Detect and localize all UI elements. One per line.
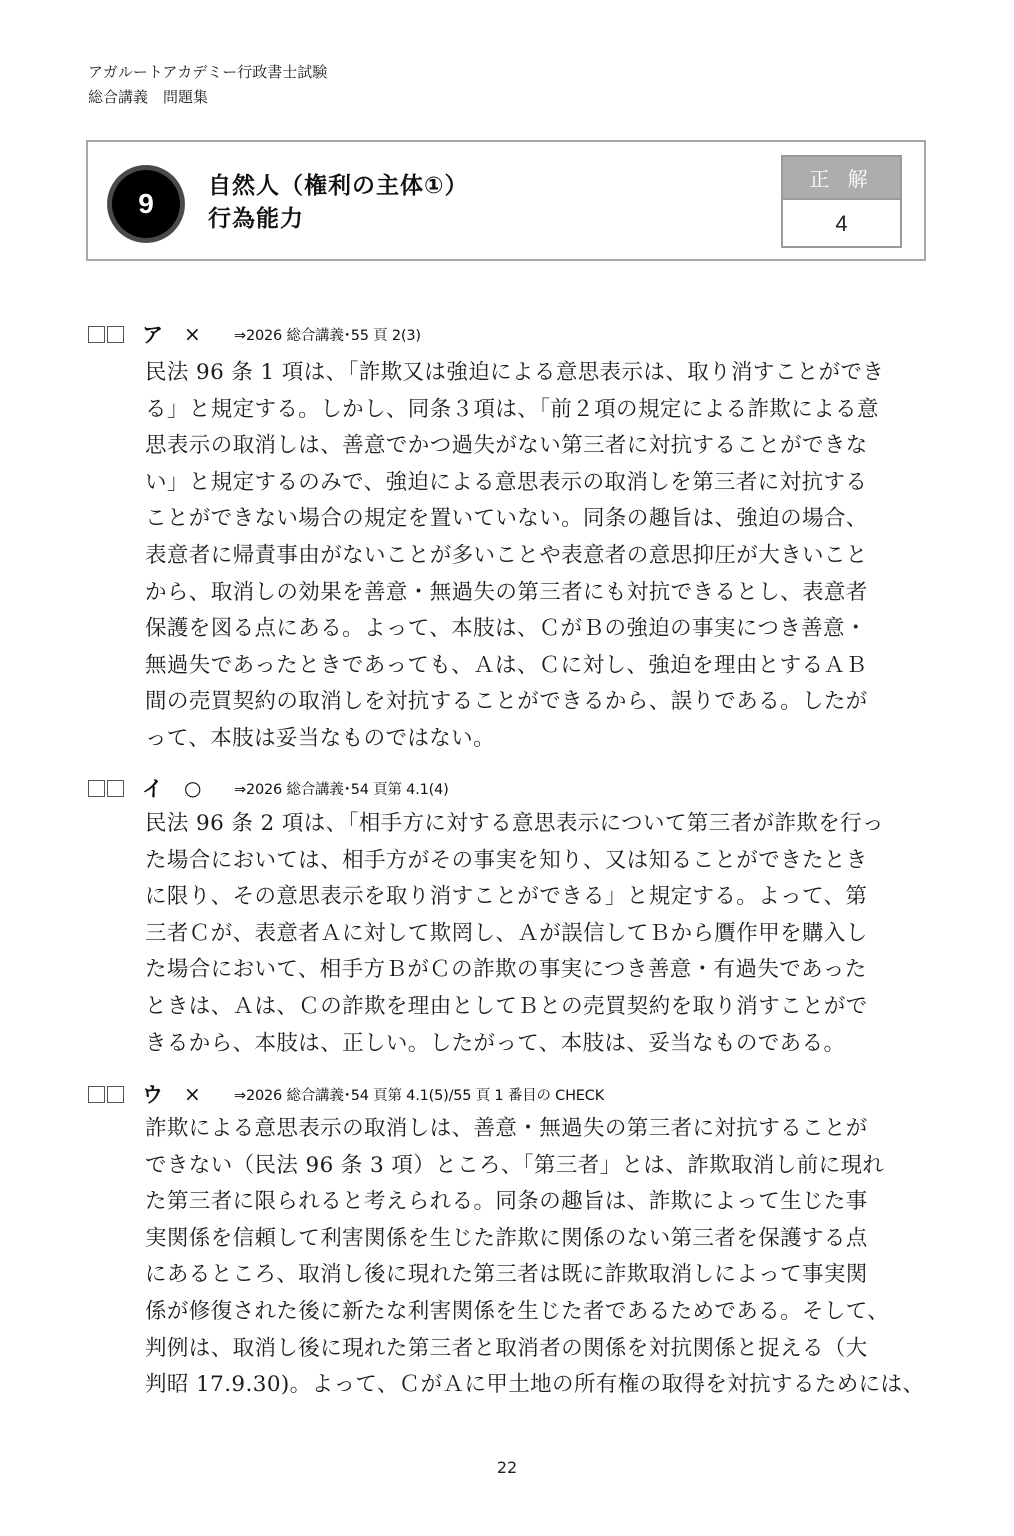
checkbox[interactable] [107, 1086, 124, 1103]
text-line: る」と規定する。しかし、同条３項は、「前２項の規定による詐欺による意 [145, 392, 935, 429]
answer-box: 正 解 4 [781, 155, 902, 248]
book-header: アガルートアカデミー行政書士試験 総合講義 問題集 [88, 60, 327, 110]
text-line: た場合において、相手方ＢがＣの詐欺の事実につき善意・有過失であった [145, 952, 935, 989]
text-line: ときは、Ａは、Ｃの詐欺を理由としてＢとの売買契約を取り消すことがで [145, 989, 935, 1026]
checkbox[interactable] [107, 780, 124, 797]
page-number: 22 [0, 1458, 1014, 1477]
answer-label: 正 解 [783, 157, 900, 200]
text-line: 民法 96 条 1 項は、「詐欺又は強迫による意思表示は、取り消すことができ [145, 355, 935, 392]
text-line: きるから、本肢は、正しい。したがって、本肢は、妥当なものである。 [145, 1026, 935, 1063]
item-reference: ⇒2026 総合講義･55 頁 2(3) [234, 324, 421, 345]
cross-mark-icon: × [184, 322, 224, 346]
item-explanation-i: 民法 96 条 2 項は、「相手方に対する意思表示について第三者が詐欺を行っ た… [145, 806, 935, 1062]
text-line: 思表示の取消しは、善意でかつ過失がない第三者に対抗することができな [145, 428, 935, 465]
item-label: ウ [142, 1079, 178, 1109]
checkbox[interactable] [88, 1086, 105, 1103]
question-title-box: 9 自然人（権利の主体①） 行為能力 正 解 4 [86, 140, 926, 261]
item-label: ア [142, 319, 178, 349]
item-header-i: イ ○ ⇒2026 総合講義･54 頁第 4.1(4) [88, 774, 449, 802]
text-line: 三者Ｃが、表意者Ａに対して欺罔し、Ａが誤信してＢから贋作甲を購入し [145, 916, 935, 953]
text-line: 実関係を信頼して利害関係を生じた詐欺に関係のない第三者を保護する点 [145, 1221, 935, 1258]
checkbox[interactable] [88, 326, 105, 343]
item-reference: ⇒2026 総合講義･54 頁第 4.1(5)/55 頁 1 番目の CHECK [234, 1084, 604, 1105]
text-line: 民法 96 条 2 項は、「相手方に対する意思表示について第三者が詐欺を行っ [145, 806, 935, 843]
text-line: 判例は、取消し後に現れた第三者と取消者の関係を対抗関係と捉える（大 [145, 1331, 935, 1368]
item-reference: ⇒2026 総合講義･54 頁第 4.1(4) [234, 778, 449, 799]
text-line: 間の売買契約の取消しを対抗することができるから、誤りである。したが [145, 684, 935, 721]
question-number: 9 [138, 188, 154, 220]
cross-mark-icon: × [184, 1082, 224, 1106]
circle-mark-icon: ○ [184, 776, 224, 800]
text-line: 表意者に帰責事由がないことが多いことや表意者の意思抑圧が大きいこと [145, 538, 935, 575]
checkbox[interactable] [88, 780, 105, 797]
book-title: アガルートアカデミー行政書士試験 [88, 60, 327, 85]
text-line: に限り、その意思表示を取り消すことができる」と規定する。よって、第 [145, 879, 935, 916]
checkbox[interactable] [107, 326, 124, 343]
item-explanation-a: 民法 96 条 1 項は、「詐欺又は強迫による意思表示は、取り消すことができ る… [145, 355, 935, 758]
question-number-badge: 9 [108, 166, 184, 242]
question-title-line2: 行為能力 [208, 203, 468, 236]
item-label: イ [142, 773, 178, 803]
book-subtitle: 総合講義 問題集 [88, 85, 327, 110]
text-line: にあるところ、取消し後に現れた第三者は既に詐欺取消しによって事実関 [145, 1257, 935, 1294]
text-line: た第三者に限られると考えられる。同条の趣旨は、詐欺によって生じた事 [145, 1184, 935, 1221]
text-line: い」と規定するのみで、強迫による意思表示の取消しを第三者に対抗する [145, 465, 935, 502]
text-line: って、本肢は妥当なものではない。 [145, 721, 935, 758]
text-line: できない（民法 96 条 3 項）ところ、「第三者」とは、詐欺取消し前に現れ [145, 1148, 935, 1185]
text-line: 詐欺による意思表示の取消しは、善意・無過失の第三者に対抗することが [145, 1111, 935, 1148]
text-line: 係が修復された後に新たな利害関係を生じた者であるためである。そして、 [145, 1294, 935, 1331]
answer-value: 4 [783, 200, 900, 248]
text-line: た場合においては、相手方がその事実を知り、又は知ることができたとき [145, 843, 935, 880]
text-line: 保護を図る点にある。よって、本肢は、ＣがＢの強迫の事実につき善意・ [145, 611, 935, 648]
item-explanation-u: 詐欺による意思表示の取消しは、善意・無過失の第三者に対抗することが できない（民… [145, 1111, 935, 1404]
text-line: 判昭 17.9.30)。よって、ＣがＡに甲土地の所有権の取得を対抗するためには、 [145, 1367, 935, 1404]
item-header-a: ア × ⇒2026 総合講義･55 頁 2(3) [88, 320, 421, 348]
question-title: 自然人（権利の主体①） 行為能力 [208, 170, 468, 236]
item-header-u: ウ × ⇒2026 総合講義･54 頁第 4.1(5)/55 頁 1 番目の C… [88, 1080, 604, 1108]
text-line: ことができない場合の規定を置いていない。同条の趣旨は、強迫の場合、 [145, 501, 935, 538]
text-line: から、取消しの効果を善意・無過失の第三者にも対抗できるとし、表意者 [145, 575, 935, 612]
text-line: 無過失であったときであっても、Ａは、Ｃに対し、強迫を理由とするＡＢ [145, 648, 935, 685]
question-title-line1: 自然人（権利の主体①） [208, 170, 468, 203]
